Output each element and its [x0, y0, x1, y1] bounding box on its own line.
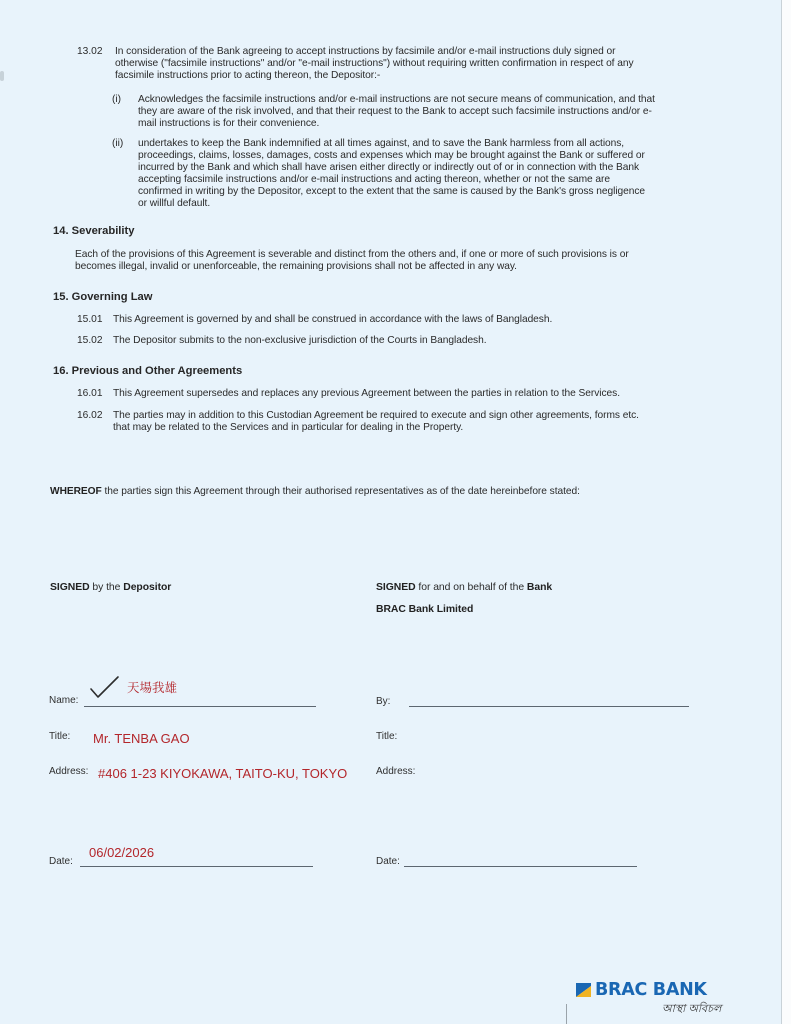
item-line: confirmed in writing by the Depositor, e… [138, 186, 645, 198]
clause-line: facsimile instructions prior to acting t… [115, 70, 380, 82]
heading-text: for and on behalf of the [416, 582, 527, 593]
clause-text: This Agreement supersedes and replaces a… [113, 388, 620, 400]
item-line: mail instructions is for their convenien… [138, 118, 319, 130]
brac-bank-logo: BRAC BANK [576, 980, 707, 1000]
depositor-bold: Depositor [123, 582, 171, 593]
title-label: Title: [376, 731, 397, 742]
whereof-statement: WHEREOF the parties sign this Agreement … [50, 486, 580, 498]
whereof-text: the parties sign this Agreement through … [102, 486, 580, 497]
bank-heading: SIGNED for and on behalf of the Bank [376, 582, 552, 594]
bank-bold: Bank [527, 582, 552, 593]
clause-number: 15.01 [77, 314, 103, 326]
item-marker: (ii) [112, 138, 123, 150]
date-value[interactable]: 06/02/2026 [89, 845, 154, 860]
page-edge [781, 0, 791, 1024]
date-label: Date: [376, 856, 400, 867]
section-heading: 16. Previous and Other Agreements [53, 365, 242, 377]
pen-mark [566, 1004, 567, 1024]
date-field-line[interactable] [404, 866, 637, 867]
section-line: becomes illegal, invalid or unenforceabl… [75, 261, 517, 273]
clause-number: 15.02 [77, 335, 103, 347]
name-value[interactable]: 天場我雄 [127, 678, 177, 696]
section-heading: 15. Governing Law [53, 291, 152, 303]
heading-text: by the [90, 582, 124, 593]
item-line: proceedings, claims, losses, damages, co… [138, 150, 645, 162]
logo-mark-icon [576, 983, 591, 997]
clause-number: 13.02 [77, 46, 103, 58]
item-line: incurred by the Bank and which shall hav… [138, 162, 639, 174]
signature-check-icon [89, 674, 121, 700]
item-line: Acknowledges the facsimile instructions … [138, 94, 655, 106]
clause-text: The Depositor submits to the non-exclusi… [113, 335, 487, 347]
name-field-line[interactable] [84, 706, 316, 707]
section-heading: 14. Severability [53, 225, 134, 237]
item-marker: (i) [112, 94, 121, 106]
item-line: undertakes to keep the Bank indemnified … [138, 138, 624, 150]
clause-number: 16.01 [77, 388, 103, 400]
address-label: Address: [49, 766, 88, 777]
date-label: Date: [49, 856, 73, 867]
logo-tagline: আস্থা অবিচল [662, 1000, 721, 1019]
name-label: Name: [49, 695, 78, 706]
clause-number: 16.02 [77, 410, 103, 422]
clause-line: In consideration of the Bank agreeing to… [115, 46, 616, 58]
item-line: accepting facsimile instructions and/or … [138, 174, 610, 186]
clause-text: This Agreement is governed by and shall … [113, 314, 552, 326]
address-value[interactable]: #406 1-23 KIYOKAWA, TAITO-KU, TOKYO [98, 766, 347, 781]
section-line: Each of the provisions of this Agreement… [75, 249, 629, 261]
logo-text: BRAC BANK [595, 980, 707, 1000]
scan-artifact [0, 71, 4, 81]
signed-bold: SIGNED [376, 582, 416, 593]
by-label: By: [376, 696, 390, 707]
date-field-line[interactable] [80, 866, 313, 867]
whereof-bold: WHEREOF [50, 486, 102, 497]
item-line: or willful default. [138, 198, 210, 210]
clause-line: otherwise ("facsimile instructions" and/… [115, 58, 634, 70]
title-label: Title: [49, 731, 70, 742]
address-label: Address: [376, 766, 415, 777]
signed-bold: SIGNED [50, 582, 90, 593]
depositor-heading: SIGNED by the Depositor [50, 582, 171, 594]
by-field-line[interactable] [409, 706, 689, 707]
title-value[interactable]: Mr. TENBA GAO [93, 731, 190, 746]
bank-name: BRAC Bank Limited [376, 604, 473, 616]
item-line: they are aware of the risk involved, and… [138, 106, 652, 118]
clause-text: that may be related to the Services and … [113, 422, 463, 434]
clause-text: The parties may in addition to this Cust… [113, 410, 639, 422]
